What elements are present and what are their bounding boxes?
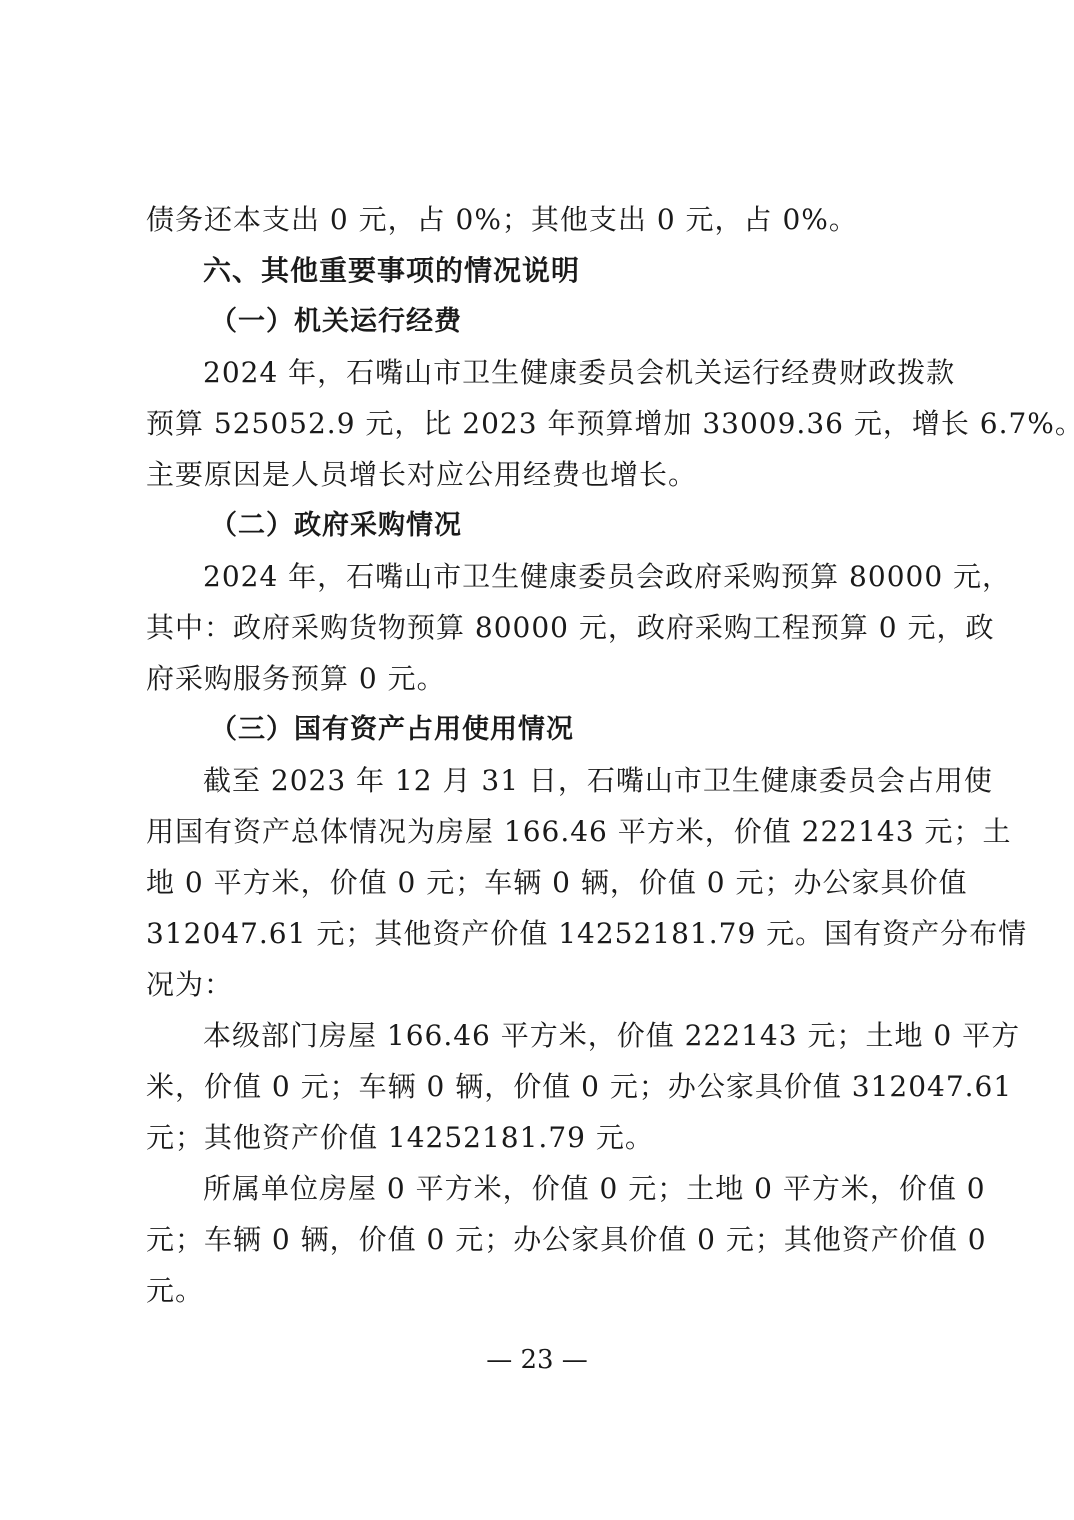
paragraph-line: 况为： — [146, 968, 946, 1002]
paragraph-line: 米，价值 0 元；车辆 0 辆，价值 0 元；办公家具价值 312047.61 — [146, 1070, 946, 1104]
paragraph-line: 元。 — [146, 1274, 946, 1308]
paragraph-line: 元；车辆 0 辆，价值 0 元；办公家具价值 0 元；其他资产价值 0 — [146, 1223, 946, 1257]
paragraph-line: 地 0 平方米，价值 0 元；车辆 0 辆，价值 0 元；办公家具价值 — [146, 866, 946, 900]
paragraph-line: 用国有资产总体情况为房屋 166.46 平方米，价值 222143 元；土 — [146, 815, 946, 849]
subsection-heading: （三）国有资产占用使用情况 — [210, 713, 1010, 747]
paragraph-line: 截至 2023 年 12 月 31 日，石嘴山市卫生健康委员会占用使 — [203, 764, 1003, 798]
paragraph-line: 主要原因是人员增长对应公用经费也增长。 — [146, 458, 946, 492]
paragraph-line: 债务还本支出 0 元，占 0%；其他支出 0 元，占 0%。 — [146, 203, 946, 237]
subsection-heading: （一）机关运行经费 — [210, 305, 1010, 339]
paragraph-line: 2024 年，石嘴山市卫生健康委员会机关运行经费财政拨款 — [203, 356, 1003, 390]
paragraph-line: 本级部门房屋 166.46 平方米，价值 222143 元；土地 0 平方 — [203, 1019, 1003, 1053]
paragraph-line: 预算 525052.9 元，比 2023 年预算增加 33009.36 元，增长… — [146, 407, 946, 441]
paragraph-line: 所属单位房屋 0 平方米，价值 0 元；土地 0 平方米，价值 0 — [203, 1172, 1003, 1206]
section-heading: 六、其他重要事项的情况说明 — [203, 254, 1003, 288]
paragraph-line: 2024 年，石嘴山市卫生健康委员会政府采购预算 80000 元， — [203, 560, 1003, 594]
page-number: — 23 — — [0, 1343, 1074, 1377]
paragraph-line: 元；其他资产价值 14252181.79 元。 — [146, 1121, 946, 1155]
paragraph-line: 府采购服务预算 0 元。 — [146, 662, 946, 696]
paragraph-line: 312047.61 元；其他资产价值 14252181.79 元。国有资产分布情 — [146, 917, 946, 951]
paragraph-line: 其中：政府采购货物预算 80000 元，政府采购工程预算 0 元，政 — [146, 611, 946, 645]
subsection-heading: （二）政府采购情况 — [210, 509, 1010, 543]
